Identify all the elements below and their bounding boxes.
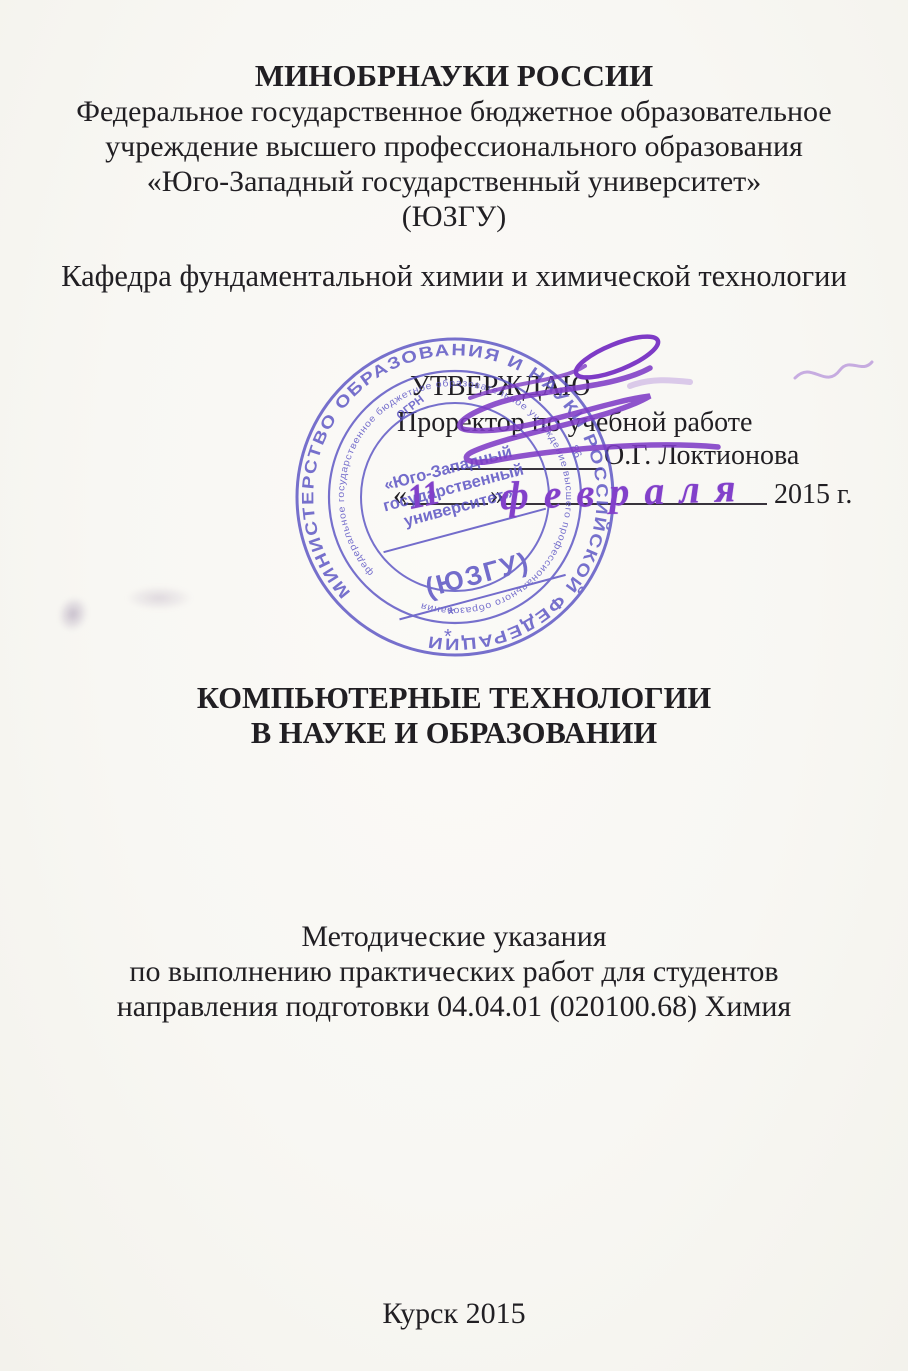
- signature-line: [450, 443, 602, 470]
- date-year: 2015 г.: [774, 479, 852, 511]
- institution-line-2: учреждение высшего профессионального обр…: [0, 129, 908, 165]
- scanned-document-page: МИНОБРНАУКИ РОССИИ Федеральное государст…: [0, 0, 908, 1371]
- subtitle-line-2: по выполнению практических работ для сту…: [0, 955, 908, 989]
- approve-label: УТВЕРЖДАЮ: [410, 371, 590, 403]
- doc-title-line-1: КОМПЬЮТЕРНЫЕ ТЕХНОЛОГИИ: [0, 681, 908, 716]
- department-line: Кафедра фундаментальной химии и химическ…: [0, 259, 908, 294]
- subtitle-line-1: Методические указания: [0, 920, 908, 954]
- ministry-title: МИНОБРНАУКИ РОССИИ: [0, 58, 908, 94]
- stamp-divider-line: [399, 575, 565, 620]
- university-abbreviation: (ЮЗГУ): [0, 199, 908, 235]
- handwritten-month: февраля: [499, 464, 751, 520]
- university-name: «Юго-Западный государственный университе…: [0, 164, 908, 200]
- ink-smudge: [53, 592, 93, 636]
- institution-line-1: Федеральное государственное бюджетное об…: [0, 94, 908, 130]
- stamp-star-icon: *: [444, 626, 452, 648]
- stamp-star-icon: *: [447, 604, 455, 626]
- ink-smudge: [126, 586, 192, 610]
- subtitle-line-3: направления подготовки 04.04.01 (020100.…: [0, 990, 908, 1024]
- footer-city-year: Курск 2015: [0, 1297, 908, 1331]
- approver-position: Проректор по учебной работе: [397, 407, 752, 439]
- stamp-center-abbreviation: (ЮЗГУ): [422, 546, 533, 603]
- doc-title-line-2: В НАУКЕ И ОБРАЗОВАНИИ: [0, 716, 908, 751]
